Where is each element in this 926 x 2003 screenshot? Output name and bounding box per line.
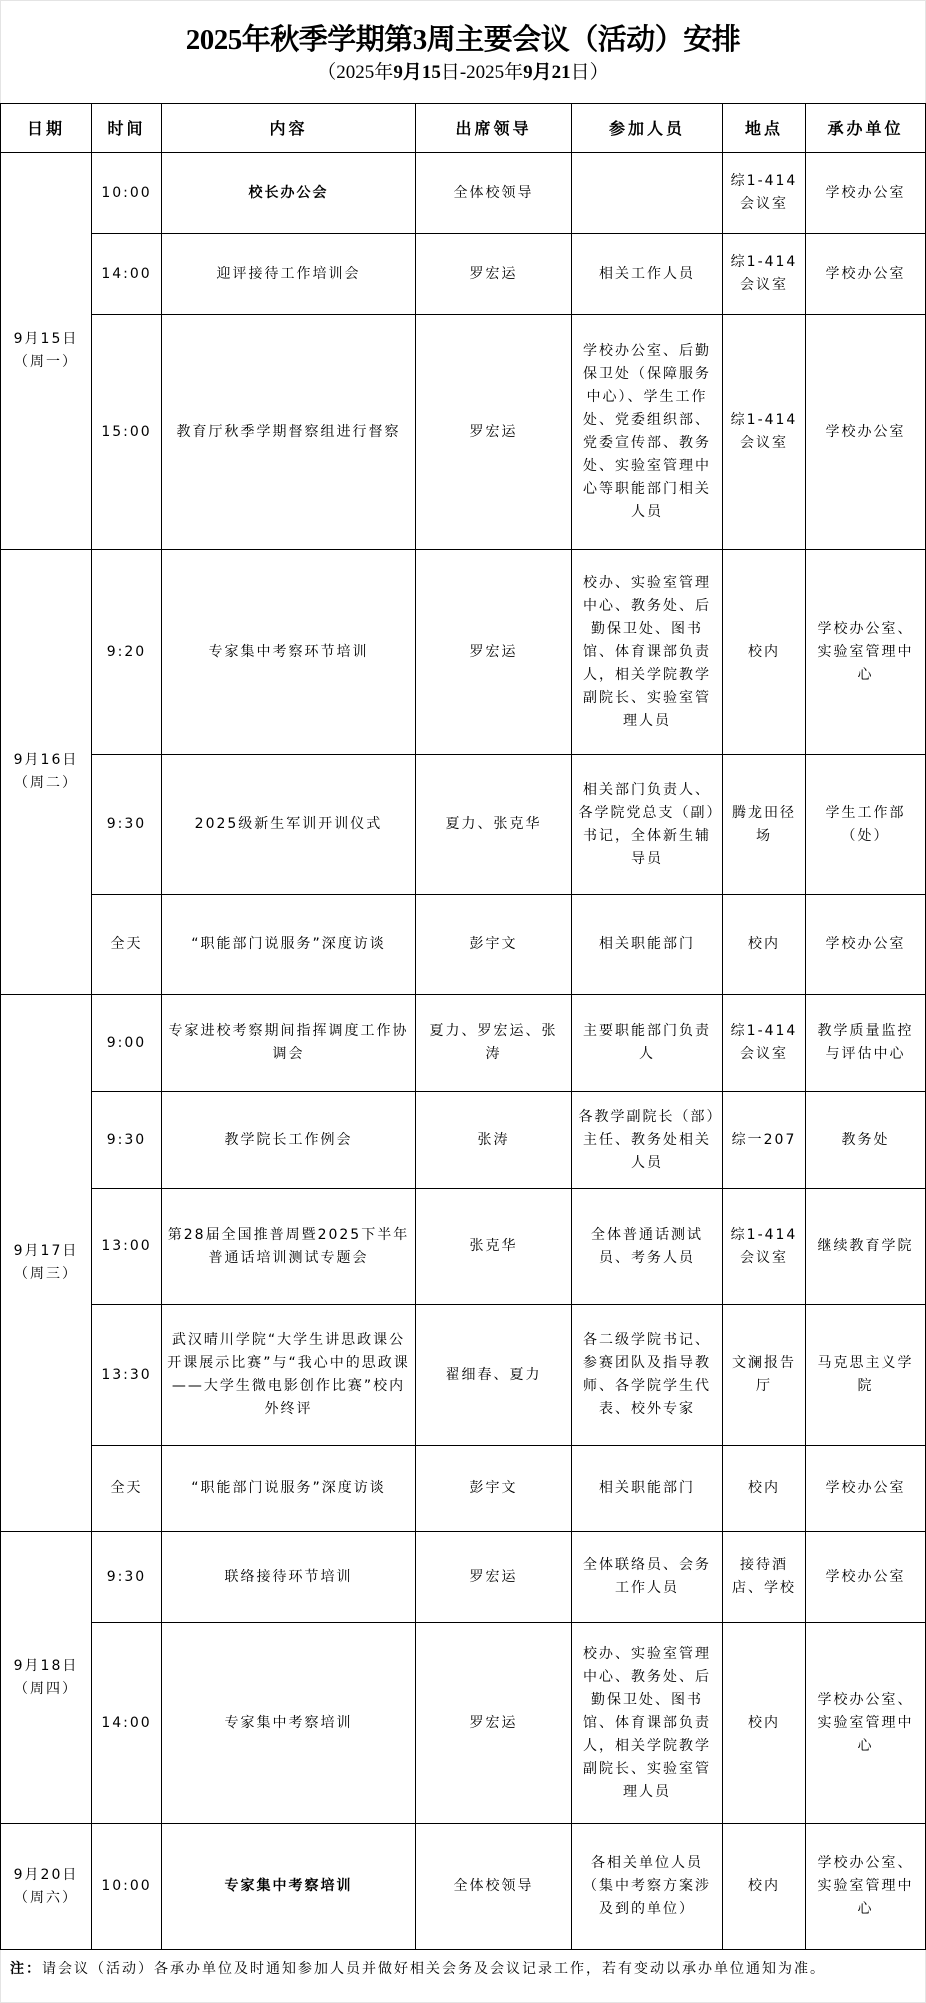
participants-cell: 相关职能部门 — [572, 895, 723, 995]
time-cell: 13:30 — [92, 1305, 162, 1446]
content-cell: 专家进校考察期间指挥调度工作协调会 — [162, 995, 416, 1092]
participants-cell: 各二级学院书记、参赛团队及指导教师、各学院学生代表、校外专家 — [572, 1305, 723, 1446]
weekday-label: （周一） — [5, 351, 87, 374]
time-cell: 9:30 — [92, 1532, 162, 1623]
organizer-cell: 学校办公室、实验室管理中心 — [806, 550, 926, 755]
table-row: 9:30教学院长工作例会张涛各教学副院长（部）主任、教务处相关人员综一207教务… — [1, 1092, 926, 1189]
content-cell: 联络接待环节培训 — [162, 1532, 416, 1623]
header-organizer: 承办单位 — [806, 104, 926, 153]
date-cell: 9月20日（周六） — [1, 1824, 92, 1950]
table-row: 9月15日（周一）10:00校长办公会全体校领导综1-414会议室学校办公室 — [1, 153, 926, 234]
participants-cell: 全体普通话测试员、考务人员 — [572, 1189, 723, 1305]
date-label: 9月17日 — [5, 1240, 87, 1263]
leader-cell: 张克华 — [416, 1189, 572, 1305]
header-date: 日期 — [1, 104, 92, 153]
header-participants: 参加人员 — [572, 104, 723, 153]
schedule-table: 日期 时间 内容 出席领导 参加人员 地点 承办单位 9月15日（周一）10:0… — [0, 103, 926, 1950]
date-label: 9月18日 — [5, 1655, 87, 1678]
organizer-cell: 继续教育学院 — [806, 1189, 926, 1305]
organizer-cell: 学校办公室 — [806, 895, 926, 995]
location-cell: 校内 — [723, 550, 806, 755]
location-cell: 文澜报告厅 — [723, 1305, 806, 1446]
subtitle-month-start: 9月 — [393, 62, 422, 83]
footer-note-label: 注： — [10, 1961, 42, 1977]
content-cell: 武汉晴川学院“大学生讲思政课公开课展示比赛”与“我心中的思政课——大学生微电影创… — [162, 1305, 416, 1446]
subtitle-part: 日） — [571, 62, 609, 83]
content-cell: 教学院长工作例会 — [162, 1092, 416, 1189]
footer-note-text: 请会议（活动）各承办单位及时通知参加人员并做好相关会务及会议记录工作，若有变动以… — [42, 1961, 826, 1977]
location-cell: 接待酒店、学校 — [723, 1532, 806, 1623]
weekday-label: （周六） — [5, 1887, 87, 1910]
participants-cell: 学校办公室、后勤保卫处（保障服务中心）、学生工作处、党委组织部、党委宣传部、教务… — [572, 315, 723, 550]
schedule-body: 9月15日（周一）10:00校长办公会全体校领导综1-414会议室学校办公室14… — [1, 153, 926, 1950]
location-cell: 校内 — [723, 1623, 806, 1824]
location-cell: 腾龙田径场 — [723, 755, 806, 895]
leader-cell: 夏力、张克华 — [416, 755, 572, 895]
table-row: 9月18日（周四）9:30联络接待环节培训罗宏运全体联络员、会务工作人员接待酒店… — [1, 1532, 926, 1623]
table-row: 9:302025级新生军训开训仪式夏力、张克华相关部门负责人、各学院党总支（副）… — [1, 755, 926, 895]
table-row: 14:00专家集中考察培训罗宏运校办、实验室管理中心、教务处、后勤保卫处、图书馆… — [1, 1623, 926, 1824]
table-row: 全天“职能部门说服务”深度访谈彭宇文相关职能部门校内学校办公室 — [1, 895, 926, 995]
table-row: 13:30武汉晴川学院“大学生讲思政课公开课展示比赛”与“我心中的思政课——大学… — [1, 1305, 926, 1446]
subtitle-day-end: 21 — [552, 62, 571, 83]
leader-cell: 罗宏运 — [416, 1532, 572, 1623]
participants-cell: 校办、实验室管理中心、教务处、后勤保卫处、图书馆、体育课部负责人，相关学院教学副… — [572, 550, 723, 755]
table-row: 13:00第28届全国推普周暨2025下半年普通话培训测试专题会张克华全体普通话… — [1, 1189, 926, 1305]
organizer-cell: 教务处 — [806, 1092, 926, 1189]
weekday-label: （周二） — [5, 772, 87, 795]
participants-cell: 各教学副院长（部）主任、教务处相关人员 — [572, 1092, 723, 1189]
content-cell: 校长办公会 — [162, 153, 416, 234]
organizer-cell: 学生工作部（处） — [806, 755, 926, 895]
table-row: 14:00迎评接待工作培训会罗宏运相关工作人员综1-414会议室学校办公室 — [1, 234, 926, 315]
participants-cell: 全体联络员、会务工作人员 — [572, 1532, 723, 1623]
subtitle-month-end: 9月 — [523, 62, 552, 83]
time-cell: 9:00 — [92, 995, 162, 1092]
weekday-label: （周三） — [5, 1263, 87, 1286]
date-cell: 9月17日（周三） — [1, 995, 92, 1532]
content-cell: 专家集中考察培训 — [162, 1623, 416, 1824]
content-cell: 专家集中考察培训 — [162, 1824, 416, 1950]
weekday-label: （周四） — [5, 1678, 87, 1701]
location-cell: 校内 — [723, 1824, 806, 1950]
date-label: 9月20日 — [5, 1864, 87, 1887]
table-header-row: 日期 时间 内容 出席领导 参加人员 地点 承办单位 — [1, 104, 926, 153]
participants-cell: 相关职能部门 — [572, 1446, 723, 1532]
date-range-subtitle: （2025年9月15日-2025年9月21日） — [0, 58, 926, 88]
table-row: 15:00教育厅秋季学期督察组进行督察罗宏运学校办公室、后勤保卫处（保障服务中心… — [1, 315, 926, 550]
header-location: 地点 — [723, 104, 806, 153]
organizer-cell: 学校办公室 — [806, 1446, 926, 1532]
time-cell: 10:00 — [92, 1824, 162, 1950]
location-cell: 综1-414会议室 — [723, 995, 806, 1092]
leader-cell: 全体校领导 — [416, 1824, 572, 1950]
time-cell: 9:20 — [92, 550, 162, 755]
leader-cell: 全体校领导 — [416, 153, 572, 234]
organizer-cell: 学校办公室、实验室管理中心 — [806, 1824, 926, 1950]
time-cell: 13:00 — [92, 1189, 162, 1305]
date-cell: 9月16日（周二） — [1, 550, 92, 995]
leader-cell: 罗宏运 — [416, 1623, 572, 1824]
location-cell: 综1-414会议室 — [723, 1189, 806, 1305]
time-cell: 全天 — [92, 1446, 162, 1532]
leader-cell: 罗宏运 — [416, 234, 572, 315]
subtitle-part: （2025年 — [317, 62, 393, 83]
header-content: 内容 — [162, 104, 416, 153]
date-label: 9月15日 — [5, 328, 87, 351]
location-cell: 综1-414会议室 — [723, 315, 806, 550]
content-cell: 第28届全国推普周暨2025下半年普通话培训测试专题会 — [162, 1189, 416, 1305]
time-cell: 9:30 — [92, 1092, 162, 1189]
subtitle-day-start: 15 — [422, 62, 441, 83]
date-label: 9月16日 — [5, 749, 87, 772]
participants-cell — [572, 153, 723, 234]
time-cell: 10:00 — [92, 153, 162, 234]
location-cell: 综1-414会议室 — [723, 234, 806, 315]
table-row: 全天“职能部门说服务”深度访谈彭宇文相关职能部门校内学校办公室 — [1, 1446, 926, 1532]
location-cell: 综一207 — [723, 1092, 806, 1189]
table-row: 9月16日（周二）9:20专家集中考察环节培训罗宏运校办、实验室管理中心、教务处… — [1, 550, 926, 755]
organizer-cell: 学校办公室、实验室管理中心 — [806, 1623, 926, 1824]
location-cell: 校内 — [723, 1446, 806, 1532]
table-row: 9月20日（周六）10:00专家集中考察培训全体校领导各相关单位人员（集中考察方… — [1, 1824, 926, 1950]
content-cell: 教育厅秋季学期督察组进行督察 — [162, 315, 416, 550]
content-cell: “职能部门说服务”深度访谈 — [162, 1446, 416, 1532]
participants-cell: 各相关单位人员（集中考察方案涉及到的单位） — [572, 1824, 723, 1950]
date-cell: 9月15日（周一） — [1, 153, 92, 550]
organizer-cell: 学校办公室 — [806, 315, 926, 550]
time-cell: 全天 — [92, 895, 162, 995]
content-cell: “职能部门说服务”深度访谈 — [162, 895, 416, 995]
header-time: 时间 — [92, 104, 162, 153]
leader-cell: 张涛 — [416, 1092, 572, 1189]
content-cell: 2025级新生军训开训仪式 — [162, 755, 416, 895]
participants-cell: 校办、实验室管理中心、教务处、后勤保卫处、图书馆、体育课部负责人，相关学院教学副… — [572, 1623, 723, 1824]
organizer-cell: 教学质量监控与评估中心 — [806, 995, 926, 1092]
table-row: 9月17日（周三）9:00专家进校考察期间指挥调度工作协调会夏力、罗宏运、张涛主… — [1, 995, 926, 1092]
subtitle-part: 日-2025年 — [441, 62, 523, 83]
time-cell: 14:00 — [92, 1623, 162, 1824]
date-cell: 9月18日（周四） — [1, 1532, 92, 1824]
leader-cell: 罗宏运 — [416, 550, 572, 755]
location-cell: 综1-414会议室 — [723, 153, 806, 234]
leader-cell: 夏力、罗宏运、张涛 — [416, 995, 572, 1092]
participants-cell: 主要职能部门负责人 — [572, 995, 723, 1092]
leader-cell: 罗宏运 — [416, 315, 572, 550]
time-cell: 14:00 — [92, 234, 162, 315]
leader-cell: 翟细春、夏力 — [416, 1305, 572, 1446]
content-cell: 迎评接待工作培训会 — [162, 234, 416, 315]
time-cell: 9:30 — [92, 755, 162, 895]
location-cell: 校内 — [723, 895, 806, 995]
leader-cell: 彭宇文 — [416, 895, 572, 995]
participants-cell: 相关部门负责人、各学院党总支（副）书记，全体新生辅导员 — [572, 755, 723, 895]
organizer-cell: 学校办公室 — [806, 1532, 926, 1623]
organizer-cell: 马克思主义学院 — [806, 1305, 926, 1446]
organizer-cell: 学校办公室 — [806, 234, 926, 315]
participants-cell: 相关工作人员 — [572, 234, 723, 315]
footer-note: 注：请会议（活动）各承办单位及时通知参加人员并做好相关会务及会议记录工作，若有变… — [0, 1950, 923, 1982]
organizer-cell: 学校办公室 — [806, 153, 926, 234]
time-cell: 15:00 — [92, 315, 162, 550]
content-cell: 专家集中考察环节培训 — [162, 550, 416, 755]
page-title: 2025年秋季学期第3周主要会议（活动）安排 — [0, 18, 926, 62]
leader-cell: 彭宇文 — [416, 1446, 572, 1532]
header-leader: 出席领导 — [416, 104, 572, 153]
